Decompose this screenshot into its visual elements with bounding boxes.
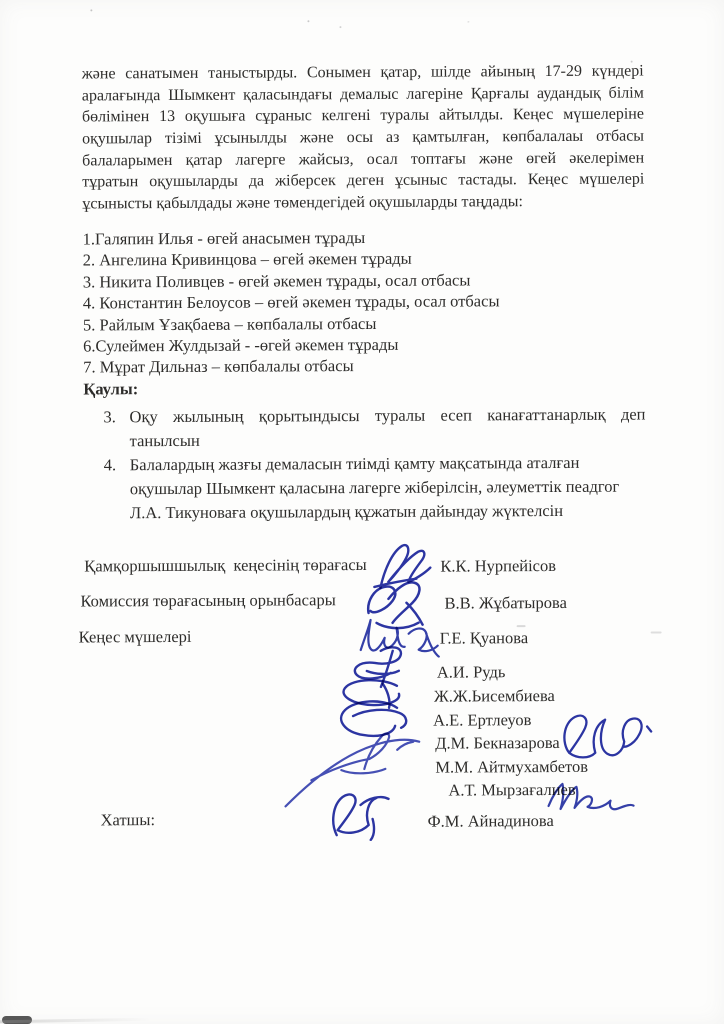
- scan-smudge: [651, 631, 662, 633]
- scan-speck: [307, 20, 309, 22]
- decision-line: оқушылар Шымкент қаласына лагерге жібері…: [130, 477, 646, 502]
- decision-item-number: 4.: [104, 455, 116, 475]
- paragraph-line: тұратын оқушыларды да жіберсек деген ұсы…: [82, 169, 644, 194]
- scan-speck: [90, 9, 92, 11]
- decision-line: Л.А. Тикуноваға оқушылардың құжатын дайы…: [130, 501, 646, 526]
- signatory-name: А.Е. Ертлеуов: [433, 710, 531, 731]
- role-label-deputy-chairman: Комиссия төрағасының орынбасары: [80, 590, 335, 611]
- signatory-name: Д.М. Бекназарова: [435, 733, 560, 754]
- signatory-name: Ф.М. Айнадинова: [428, 811, 554, 832]
- student-list-item: 5. Райлым Ұзақбаева – көпбалалы отбасы: [83, 312, 500, 336]
- decision-heading: Қаулы:: [83, 379, 138, 399]
- decision-line: Оқу жылының қорытындысы туралы есеп кана…: [129, 405, 645, 430]
- paragraph-line: оқушылар тізімі ұсынылды және осы аз қам…: [82, 126, 644, 151]
- signature-myrzagaliev-ink: [544, 776, 636, 814]
- role-label-council-members: Кеңес мүшелері: [79, 627, 192, 648]
- signatory-name: В.В. Жұбатырова: [444, 593, 567, 614]
- paragraph-line: ұсынысты қабылдады және төмендегідей оқу…: [82, 191, 644, 216]
- scanned-document-page: және санатымен таныстырды. Сонымен қатар…: [0, 0, 724, 1024]
- signatory-name: Ж.Ж.Ьисембиева: [434, 686, 555, 707]
- signatory-name: Г.Е. Қуанова: [440, 628, 529, 648]
- role-label-secretary: Хатшы:: [101, 810, 156, 830]
- document-sheet: және санатымен таныстырды. Сонымен қатар…: [0, 0, 724, 1024]
- decision-line: Балалардың жазғы демаласын тиімді қамту …: [130, 453, 646, 478]
- decision-line: танылсын: [130, 429, 646, 454]
- scan-speck: [631, 61, 633, 63]
- student-list-item: 2. Ангелина Кривинцова – өгей әкемен тұр…: [83, 248, 500, 272]
- paragraph-line: және санатымен таныстырды. Сонымен қатар…: [82, 61, 644, 86]
- signature-ainadinova-ink: [324, 789, 394, 841]
- scan-speck: [467, 21, 469, 22]
- student-list: 1.Галяпин Илья - өгей анасымен тұрады 2.…: [83, 226, 500, 378]
- scan-speck: [339, 26, 341, 28]
- decision-item-number: 3.: [103, 407, 115, 427]
- student-list-item: 4. Константин Белоусов – өгей әкемен тұр…: [83, 290, 500, 314]
- signatory-name: К.К. Нурпейісов: [440, 556, 556, 577]
- body-paragraph: және санатымен таныстырды. Сонымен қатар…: [82, 61, 645, 216]
- paragraph-line: бөлімінен 13 оқушыға сұраныс келгені тур…: [82, 104, 644, 129]
- student-list-item: 1.Галяпин Илья - өгей анасымен тұрады: [83, 226, 500, 250]
- signature-beknazarova-ink: [547, 708, 653, 767]
- paragraph-line: балаларымен қатар лагерге жайсыз, осал т…: [82, 147, 644, 172]
- student-list-item: 6.Сулеймен Жулдызай - -өгей әкемен тұрад…: [83, 333, 500, 357]
- scan-smudge: [517, 625, 526, 627]
- role-label-chairman: Қамқоршышшылық кеңесінің төрағасы: [84, 555, 367, 576]
- student-list-item: 7. Мұрат Дильназ – көпбалалы отбасы: [83, 355, 500, 379]
- signatory-name: А.И. Рудь: [437, 662, 506, 682]
- paragraph-line: аралағында Шымкент қаласындағы демалыс л…: [82, 82, 644, 107]
- student-list-item: 3. Никита Поливцев - өгей әкемен тұрады,…: [83, 269, 500, 293]
